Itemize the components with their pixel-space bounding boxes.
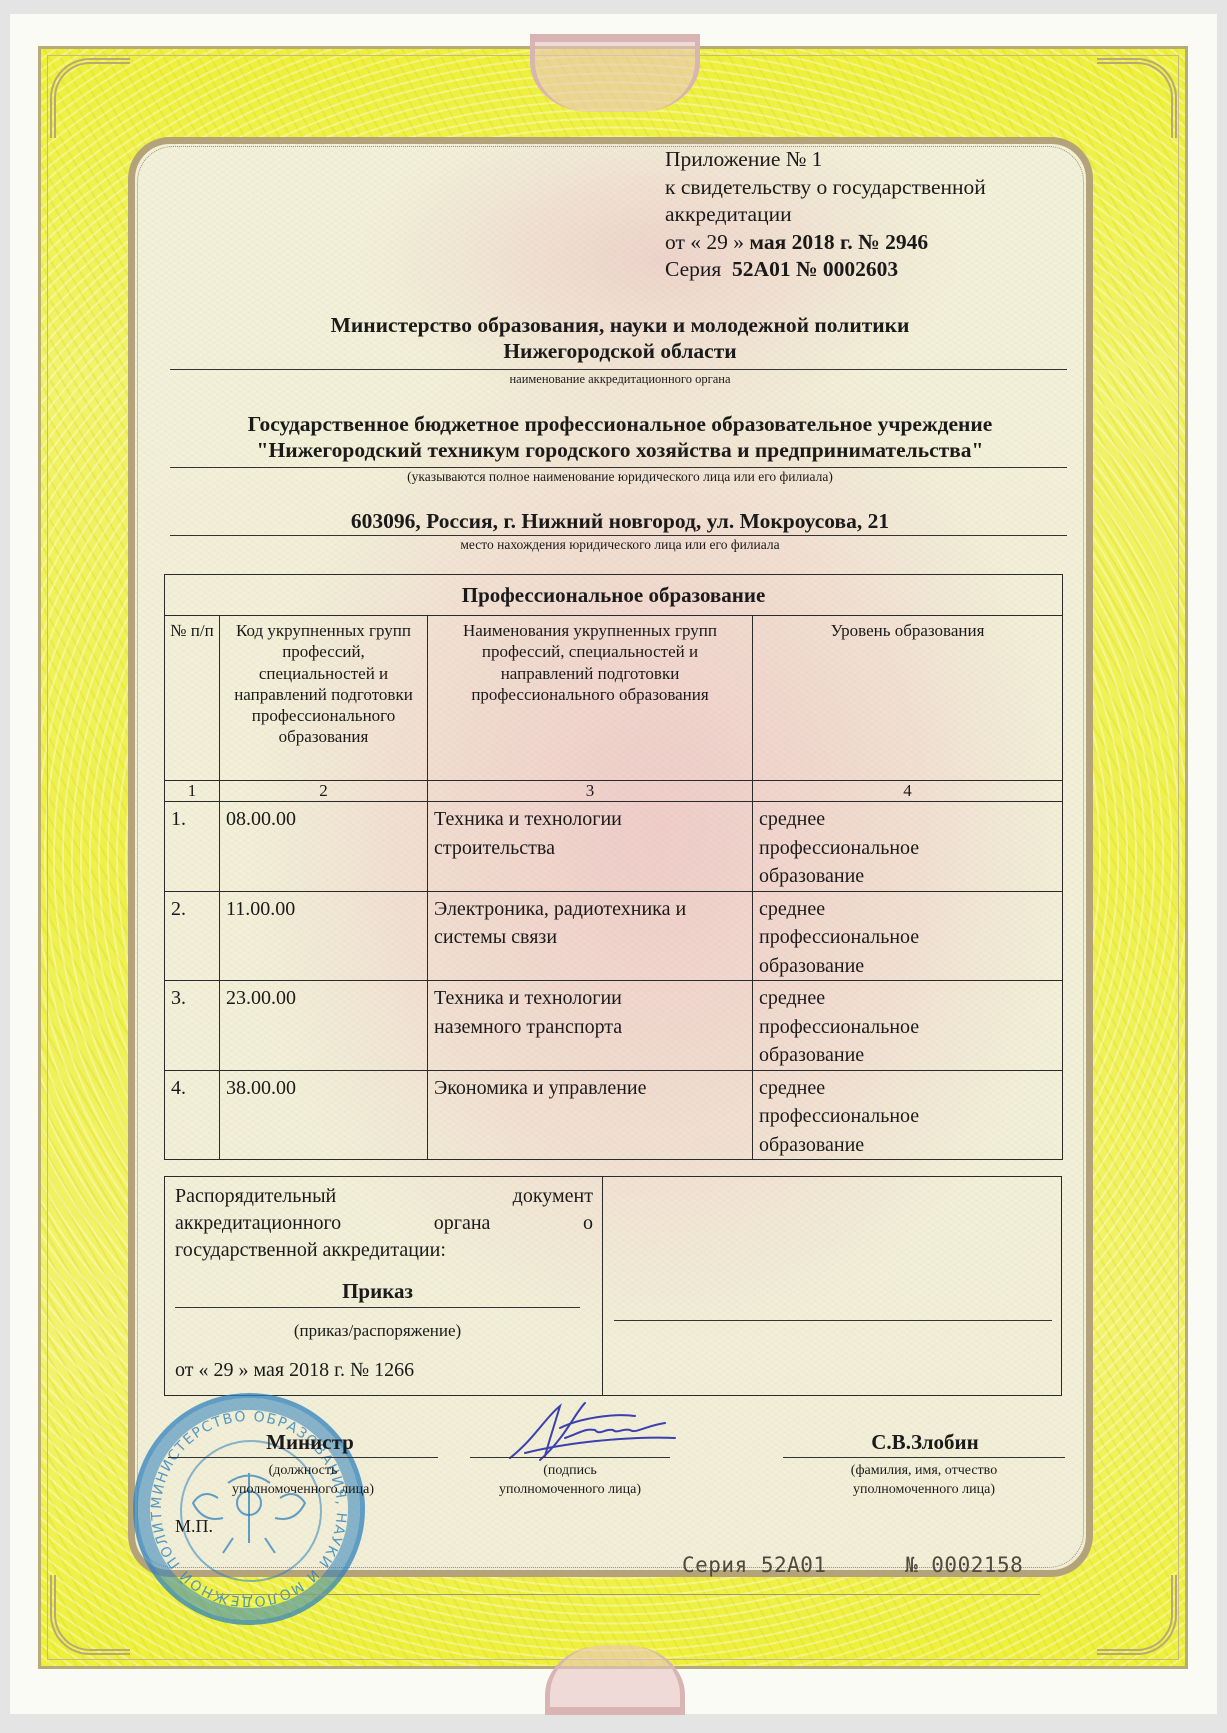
seal-place-label: М.П. — [175, 1516, 213, 1537]
row-code: 23.00.00 — [220, 981, 428, 1071]
order-block: Распорядительный документ аккредитационн… — [164, 1176, 1062, 1396]
order-desc-word: о — [583, 1210, 593, 1237]
row-number: 1. — [165, 802, 220, 892]
row-number: 4. — [165, 1070, 220, 1160]
caption-line: уполномоченного лица) — [168, 1480, 438, 1499]
row-number: 3. — [165, 981, 220, 1071]
signature-caption: (подпись уполномоченного лица) — [470, 1461, 670, 1499]
column-number: 2 — [220, 781, 428, 802]
order-desc-word: Распорядительный — [175, 1183, 336, 1210]
corner-ornament-icon — [50, 58, 130, 138]
caption-line: (фамилия, имя, отчество — [783, 1461, 1065, 1480]
order-kind-underline — [175, 1307, 580, 1308]
order-desc-word: документ — [513, 1183, 593, 1210]
corner-ornament-icon — [50, 1575, 130, 1655]
order-desc-word: органа — [434, 1210, 491, 1237]
authority-name: Министерство образования, науки и молоде… — [170, 312, 1070, 364]
column-number: 3 — [428, 781, 753, 802]
signature-line — [470, 1457, 670, 1458]
divider — [170, 535, 1067, 536]
row-name: Экономика и управление — [428, 1070, 753, 1160]
order-desc-word: аккредитационного — [175, 1210, 341, 1237]
row-code: 11.00.00 — [220, 891, 428, 981]
divider — [170, 467, 1067, 468]
order-desc-line: аккредитационного органа о — [175, 1210, 593, 1237]
row-name: Электроника, радиотехника и системы связ… — [428, 891, 753, 981]
table-section-title: Профессиональное образование — [165, 575, 1063, 616]
signature-line — [168, 1457, 438, 1458]
organization-name: Государственное бюджетное профессиональн… — [170, 411, 1070, 463]
table-row: 3. 23.00.00 Техника и технологии наземно… — [165, 981, 1063, 1071]
order-date: от « 29 » мая 2018 г. № 1266 — [175, 1359, 414, 1382]
corner-ornament-icon — [1097, 58, 1177, 138]
table-row: 1. 08.00.00 Техника и технологии строите… — [165, 802, 1063, 892]
authority-line: Министерство образования, науки и молоде… — [170, 312, 1070, 338]
column-number: 1 — [165, 781, 220, 802]
row-number: 2. — [165, 891, 220, 981]
organization-line: "Нижегородский техникум городского хозяй… — [170, 437, 1070, 463]
table-row: 4. 38.00.00 Экономика и управление средн… — [165, 1070, 1063, 1160]
annex-date: от « 29 » мая 2018 г. № 2946 — [665, 229, 986, 257]
caption-line: (должность — [168, 1461, 438, 1480]
column-header-code: Код укрупненных групп профессий, специал… — [220, 616, 428, 781]
form-series: Серия 52А01 — [682, 1553, 827, 1577]
row-code: 38.00.00 — [220, 1070, 428, 1160]
column-header-level: Уровень образования — [753, 616, 1063, 781]
annex-date-prefix: от « 29 » — [665, 230, 744, 254]
accreditation-table: Профессиональное образование № п/п Код у… — [164, 574, 1063, 1160]
row-level: среднее профессиональное образование — [753, 1070, 1063, 1160]
organization-caption: (указываются полное наименование юридиче… — [170, 469, 1070, 485]
annex-title: Приложение № 1 — [665, 146, 986, 174]
organization-line: Государственное бюджетное профессиональн… — [170, 411, 1070, 437]
authority-caption: наименование аккредитационного органа — [170, 371, 1070, 387]
annex-line: аккредитации — [665, 201, 986, 229]
divider — [210, 1594, 1040, 1595]
order-desc-line: Распорядительный документ — [175, 1183, 593, 1210]
official-seal: МИНИСТЕРСТВО ОБРАЗОВАНИЯ, НАУКИ И МОЛОДЕ… — [133, 1393, 365, 1625]
column-header-number: № п/п — [165, 616, 220, 781]
row-name: Техника и технологии наземного транспорт… — [428, 981, 753, 1071]
row-code: 08.00.00 — [220, 802, 428, 892]
address-value: 603096, Россия, г. Нижний новгород, ул. … — [170, 508, 1070, 534]
order-description: Распорядительный документ аккредитационн… — [175, 1183, 593, 1264]
column-header-name: Наименования укрупненных групп профессий… — [428, 616, 753, 781]
corner-ornament-icon — [1097, 1575, 1177, 1655]
order-kind: Приказ — [175, 1279, 580, 1304]
divider — [170, 369, 1067, 370]
form-number: № 0002158 — [905, 1553, 1023, 1577]
order-desc-line: государственной аккредитации: — [175, 1237, 593, 1264]
row-level: среднее профессиональное образование — [753, 981, 1063, 1071]
name-caption: (фамилия, имя, отчество уполномоченного … — [783, 1461, 1065, 1499]
caption-line: (подпись — [470, 1461, 670, 1480]
signatory-name: С.В.Злобин — [785, 1430, 1065, 1455]
order-divider — [602, 1177, 603, 1395]
authority-line: Нижегородской области — [170, 338, 1070, 364]
row-name: Техника и технологии строительства — [428, 802, 753, 892]
signatory-position: Министр — [180, 1430, 440, 1455]
caption-line: уполномоченного лица) — [783, 1480, 1065, 1499]
annex-series-value: 52А01 № 0002603 — [732, 257, 898, 281]
row-level: среднее профессиональное образование — [753, 891, 1063, 981]
position-caption: (должность уполномоченного лица) — [168, 1461, 438, 1499]
table-row: 2. 11.00.00 Электроника, радиотехника и … — [165, 891, 1063, 981]
column-number: 4 — [753, 781, 1063, 802]
caption-line: уполномоченного лица) — [470, 1480, 670, 1499]
annex-series: Серия 52А01 № 0002603 — [665, 256, 986, 284]
order-right-line — [614, 1320, 1052, 1321]
annex-line: к свидетельству о государственной — [665, 174, 986, 202]
address-caption: место нахождения юридического лица или е… — [170, 537, 1070, 553]
top-ornament-icon — [530, 34, 700, 112]
order-kind-caption: (приказ/распоряжение) — [175, 1321, 580, 1341]
annex-series-prefix: Серия — [665, 257, 721, 281]
annex-date-value: мая 2018 г. № 2946 — [749, 230, 928, 254]
signature-line — [783, 1457, 1065, 1458]
annex-block: Приложение № 1 к свидетельству о государ… — [665, 146, 986, 284]
row-level: среднее профессиональное образование — [753, 802, 1063, 892]
